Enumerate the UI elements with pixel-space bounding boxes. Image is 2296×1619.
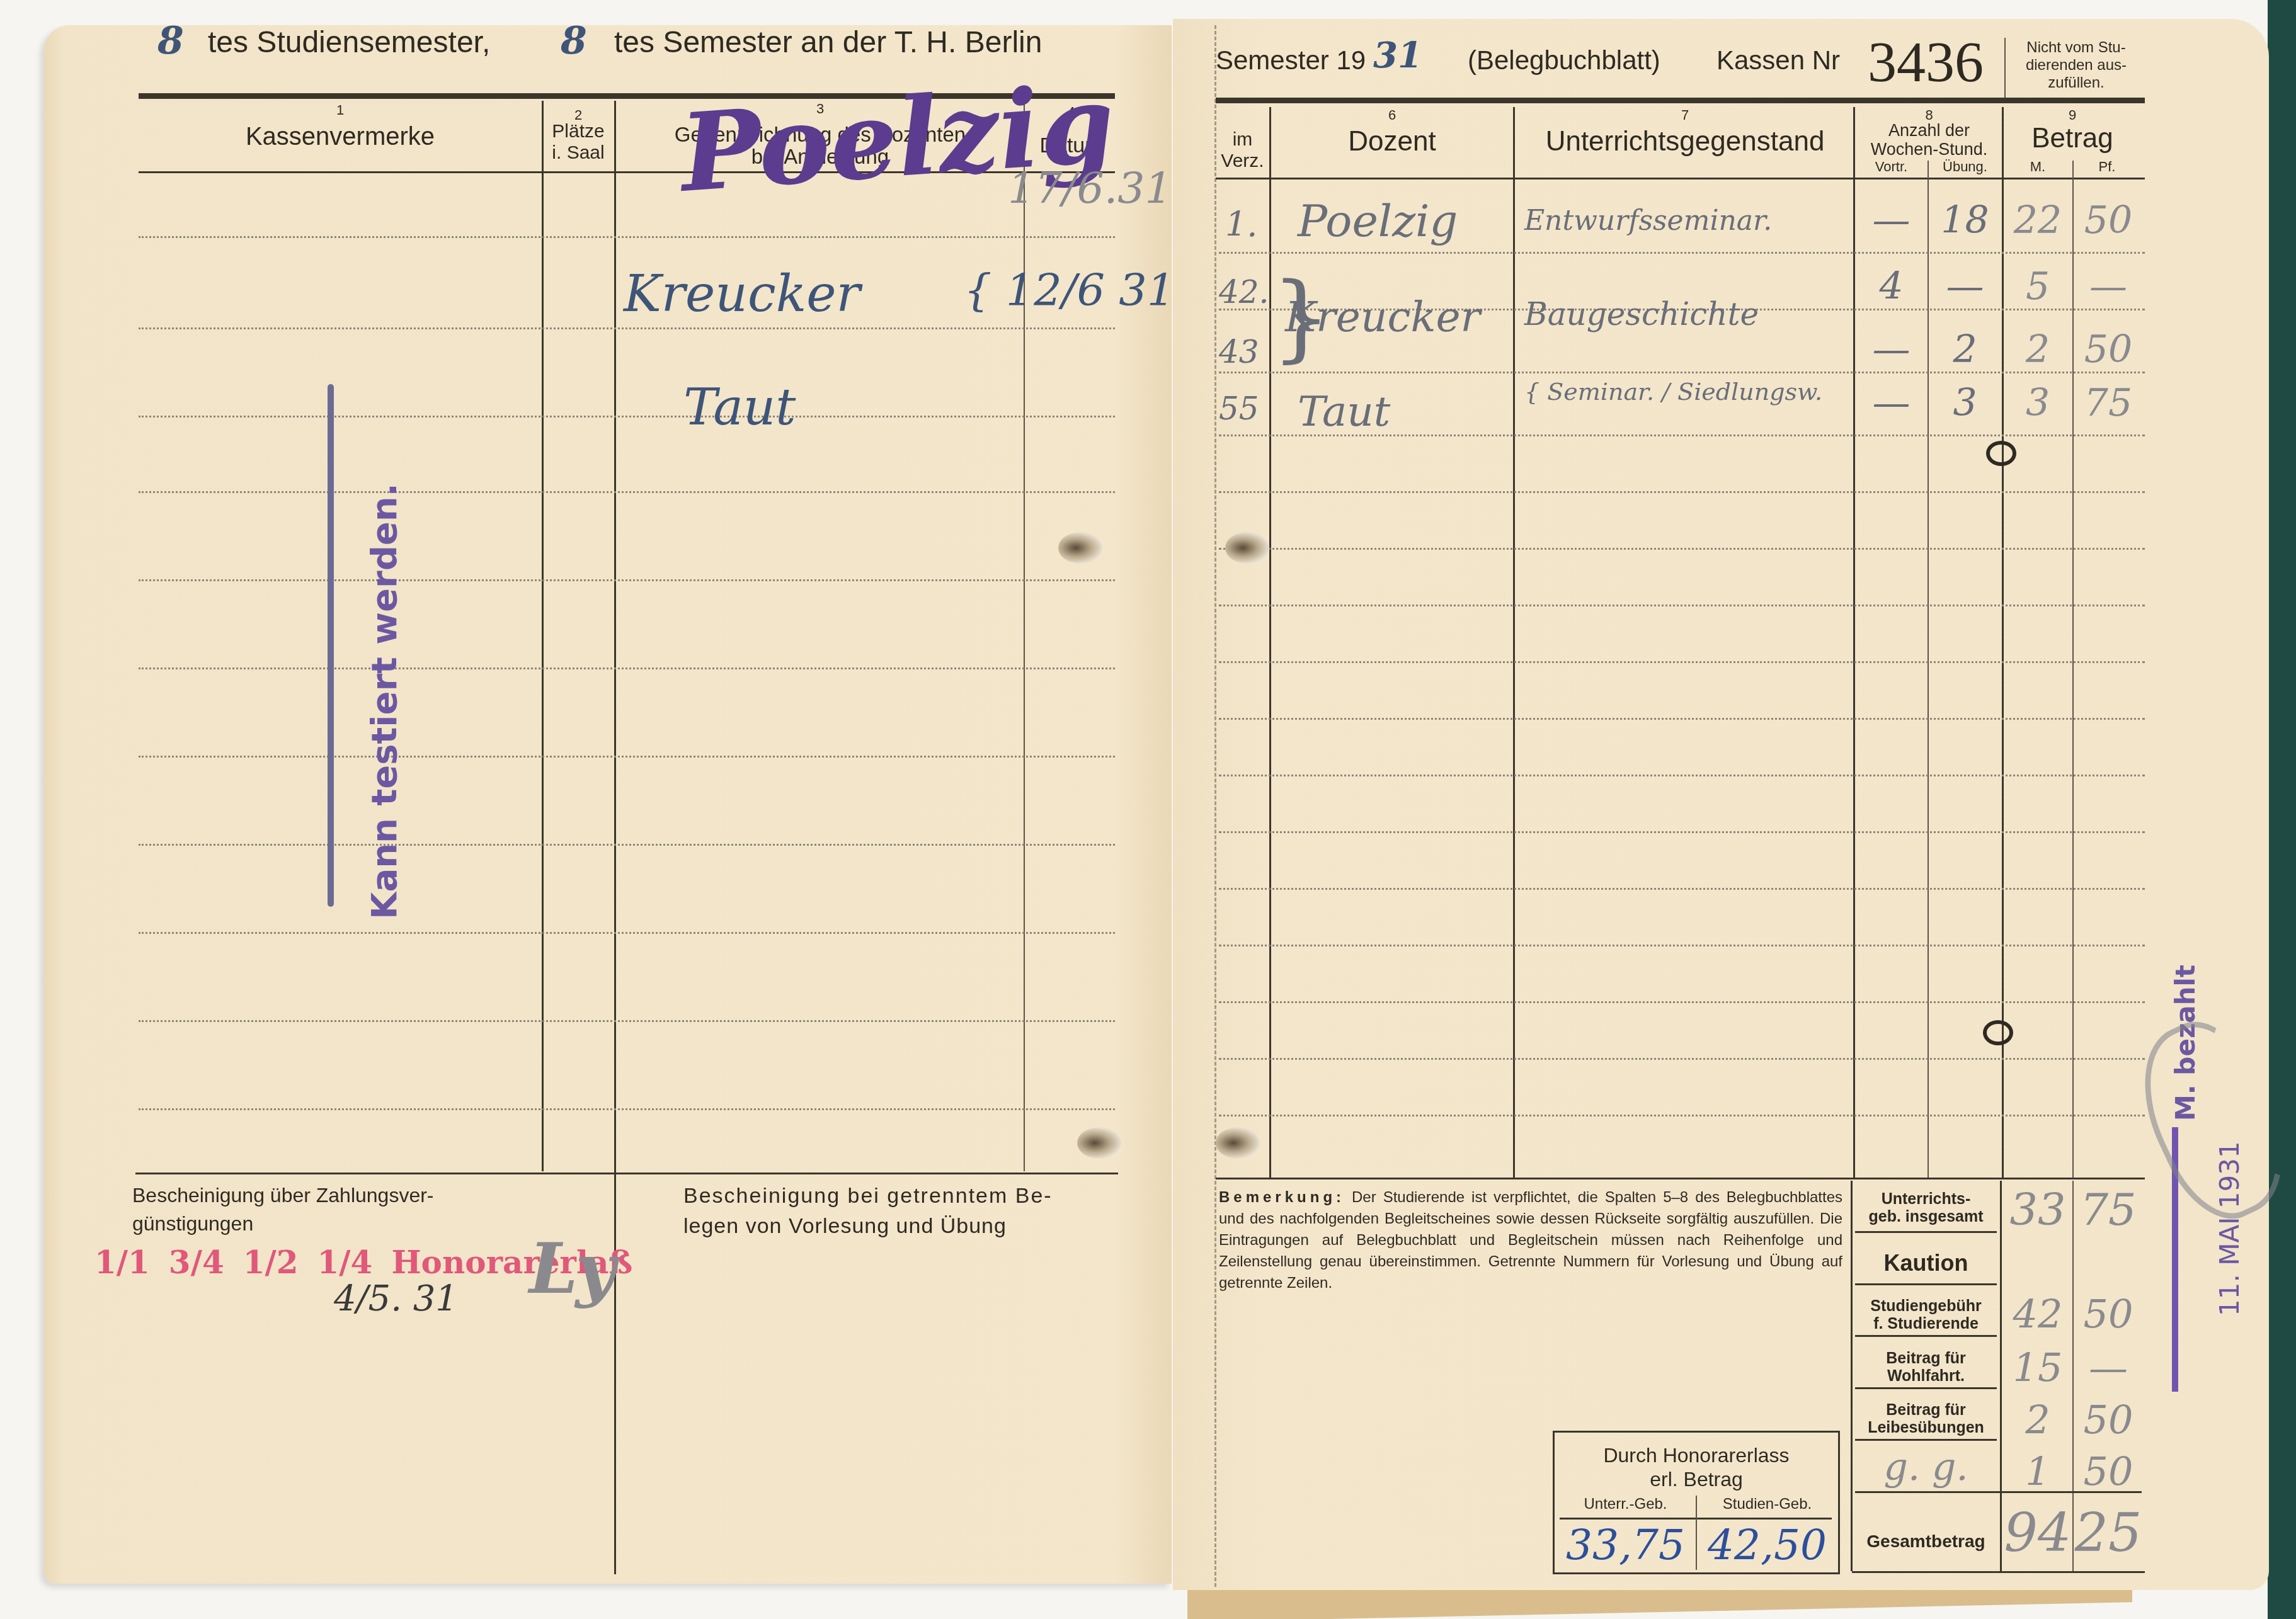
summary-pf: 50 [2074, 1448, 2143, 1494]
semester-label: Semester 19 [1216, 45, 1366, 76]
row-line [1219, 945, 2145, 946]
ring-marker [1986, 441, 2016, 466]
honorarerlass-initials: Ly [529, 1228, 615, 1309]
row-line [1219, 252, 2145, 254]
row-mark: 5 [2003, 264, 2072, 309]
punch-hole [1077, 1127, 1121, 1159]
row-line [139, 416, 1115, 418]
fraction-1-1: 1/1 [94, 1244, 150, 1281]
perforated-edge [1214, 25, 1221, 1587]
fraction-1-4: 1/4 [317, 1244, 373, 1281]
kassen-note-line3: zufüllen. [2007, 74, 2145, 92]
summary-rule [1855, 1387, 1997, 1389]
row-vortr: 4 [1855, 264, 1928, 309]
row-uebung: 18 [1929, 198, 2001, 242]
col-anzahl-line1: Anzahl der [1855, 121, 2003, 140]
summary-mark: 1 [2003, 1448, 2072, 1494]
row-line [1219, 605, 2145, 606]
row-line [139, 327, 1115, 329]
col-9-number: 9 [2003, 107, 2142, 123]
summary-rule [1855, 1283, 1997, 1285]
row-uebung: 2 [1929, 327, 2001, 372]
col-1-number: 1 [139, 102, 542, 118]
zahlungsverguenstigung-title-2: günstigungen [132, 1212, 253, 1236]
col-dozent: Dozent [1269, 126, 1515, 157]
col-betrag: Betrag [2003, 123, 2142, 154]
col-mark: M. [2003, 159, 2072, 175]
row-line [1219, 775, 2145, 776]
row-line [139, 236, 1115, 238]
fraction-1-2: 1/2 [243, 1244, 299, 1281]
row-mark: 3 [2003, 381, 2072, 425]
kassen-note: Nicht vom Stu- dierenden aus- zufüllen. [2007, 39, 2145, 92]
summary-pf: 50 [2074, 1291, 2143, 1337]
row-line [1219, 1001, 2145, 1003]
summary-label-line1: Studiengebühr [1852, 1297, 2000, 1315]
date-kreucker: { 12/6 31 [964, 264, 1175, 316]
header-bottom-rule-right [1216, 178, 2145, 179]
summary-total-mark: 94 [2003, 1502, 2072, 1564]
row-vortr: — [1855, 198, 1928, 242]
row-dozent: Taut [1298, 387, 1390, 436]
summary-label: Beitrag für Wohlfahrt. [1852, 1349, 2000, 1385]
summary-mark: 33 [2003, 1184, 2072, 1236]
summary-label-total: Gesamtbetrag [1852, 1531, 2000, 1552]
row-verz: 55 [1219, 390, 1259, 427]
stamp-bar [328, 384, 334, 907]
summary-label: Studiengebühr f. Studierende [1852, 1297, 2000, 1332]
header-rule-right [1216, 98, 2145, 103]
row-line [1219, 1058, 2145, 1060]
honorarerlass-col2: Studien-Geb. [1696, 1496, 1838, 1513]
col-divider-mark [2072, 161, 2074, 1178]
col-uebung: Übung. [1929, 159, 2001, 175]
honorarerlass-box: Durch Honorarerlass erl. Betrag Unterr.-… [1553, 1431, 1840, 1574]
signature-taut: Taut [683, 378, 796, 436]
summary-label: Beitrag für Leibesübungen [1852, 1401, 2000, 1436]
getrennt-title-2: legen von Vorlesung und Übung [683, 1214, 1007, 1239]
row-mark: 2 [2003, 327, 2072, 372]
row-gegenstand: { Seminar. / Siedlungsw. [1524, 378, 1822, 406]
col-divider-dozent [1513, 107, 1515, 1178]
summary-label-line2: Leibesübungen [1852, 1419, 2000, 1436]
row-line [1219, 548, 2145, 550]
punch-hole [1058, 532, 1102, 564]
summary-bottom-rule [1852, 1571, 2145, 1573]
row-uebung: — [1929, 264, 2001, 309]
row-line [1219, 888, 2145, 890]
row-line [139, 667, 1115, 669]
col-anzahl-line2: Wochen-Stund. [1855, 140, 2003, 159]
th-semester-value: 8 [561, 19, 587, 63]
summary-label-line2: Wohlfahrt. [1852, 1367, 2000, 1385]
left-page [44, 25, 1172, 1584]
summary-label-kaution: Kaution [1852, 1250, 2000, 1276]
summary-label-line2: geb. insgesamt [1852, 1208, 2000, 1225]
row-gegenstand: Baugeschichte [1524, 296, 1759, 332]
row-line [139, 579, 1115, 581]
row-vortr: — [1855, 381, 1928, 425]
honorarerlass-title-1: Durch Honorarerlass [1555, 1444, 1838, 1467]
summary-pf: 75 [2074, 1184, 2143, 1236]
kassen-note-line1: Nicht vom Stu- [2007, 39, 2145, 57]
col-plaetze-line2: i. Saal [543, 142, 614, 164]
col-divider-vortr [1928, 161, 1929, 1178]
summary-mark: 15 [2003, 1344, 2072, 1390]
ring-marker [1983, 1020, 2013, 1045]
summary-rule [1855, 1335, 1997, 1337]
col-divider-2 [614, 101, 616, 1574]
row-vortr: — [1855, 327, 1928, 372]
row-line [139, 1108, 1115, 1110]
punch-hole [1216, 1127, 1260, 1159]
summary-mark: 2 [2003, 1397, 2072, 1443]
th-semester-label: tes Semester an der T. H. Berlin [614, 25, 1042, 60]
row-line [1219, 1115, 2145, 1116]
kann-testiert-stamp: Kann testiert werden. [364, 483, 405, 919]
row-line [1219, 372, 2145, 373]
col-pfennig: Pf. [2072, 159, 2142, 175]
kassen-label: Kassen Nr [1716, 45, 1840, 76]
row-pf: — [2074, 264, 2143, 309]
summary-rule [1855, 1231, 1997, 1233]
summary-label-line1: Unterrichts- [1852, 1190, 2000, 1208]
row-verz: 1. [1225, 205, 1258, 244]
row-verz: 42. [1219, 274, 1269, 310]
honorarerlass-title-2: erl. Betrag [1555, 1468, 1838, 1491]
summary-label: Unterrichts- geb. insgesamt [1852, 1190, 2000, 1225]
honorarerlass-value1: 33,75 [1555, 1521, 1696, 1569]
col-im-verz: im Verz. [1216, 129, 1269, 172]
bottom-rule-right [1216, 1178, 2145, 1179]
getrennt-title-1: Bescheinigung bei getrenntem Be- [683, 1184, 1053, 1208]
kassen-note-divider [2004, 38, 2006, 101]
row-line [1219, 831, 2145, 833]
summary-label-divider [2000, 1181, 2002, 1571]
row-verz: 43 [1219, 334, 1259, 370]
row-line [139, 756, 1115, 758]
study-semester-label: tes Studiensemester, [208, 25, 490, 60]
row-line [139, 491, 1115, 493]
row-line [139, 932, 1115, 934]
row-pf: 75 [2074, 381, 2143, 425]
row-line [139, 1020, 1115, 1022]
kassen-number: 3436 [1868, 28, 1984, 95]
punch-hole [1225, 532, 1269, 564]
remark-label: Bemerkung: [1219, 1189, 1345, 1206]
col-vortr: Vortr. [1855, 159, 1928, 175]
fraction-3-4: 3/4 [169, 1244, 224, 1281]
row-uebung: 3 [1929, 381, 2001, 425]
summary-label-line1: Beitrag für [1852, 1401, 2000, 1419]
summary-label-gg: g. g. [1852, 1445, 2000, 1489]
row-line [1219, 661, 2145, 663]
signature-kreucker: Kreucker [624, 264, 860, 323]
summary-rule [1855, 1439, 1997, 1441]
row-line [1219, 491, 2145, 493]
kassen-note-line2: dierenden aus- [2007, 57, 2145, 74]
col-im-verz-line2: Verz. [1216, 151, 1269, 172]
row-pf: 50 [2074, 198, 2143, 242]
row-line [139, 844, 1115, 846]
row-line [1219, 718, 2145, 720]
row-gegenstand: Entwurfsseminar. [1524, 205, 1772, 237]
honorarerlass-col1: Unterr.-Geb. [1555, 1496, 1696, 1513]
summary-rule [1855, 1491, 2142, 1493]
summary-label-line2: f. Studierende [1852, 1315, 2000, 1332]
col-divider-3 [1024, 101, 1025, 1171]
row-dozent: Poelzig [1298, 195, 1458, 247]
col-unterrichtsgegenstand: Unterrichtsgegenstand [1515, 126, 1855, 157]
col-anzahl: Anzahl der Wochen-Stund. [1855, 121, 2003, 159]
summary-label-line1: Beitrag für [1852, 1349, 2000, 1367]
col-7-number: 7 [1515, 107, 1855, 123]
col-divider-1 [542, 101, 544, 1171]
zahlungsverguenstigung-title-1: Bescheinigung über Zahlungsver- [132, 1184, 434, 1207]
summary-pf: — [2074, 1344, 2143, 1390]
col-6-number: 6 [1269, 107, 1515, 123]
bracket-icon: } [1271, 271, 1331, 365]
semester-value: 31 [1373, 35, 1422, 76]
study-semester-value: 8 [157, 19, 184, 63]
col-plaetze-line1: Plätze [543, 121, 614, 142]
row-mark: 22 [2003, 198, 2072, 242]
row-pf: 50 [2074, 327, 2143, 372]
bottom-section-rule [135, 1173, 1118, 1174]
date-poelzig: 17/6.31. [1008, 164, 1185, 213]
honorarerlass-date: 4/5. 31 [334, 1278, 458, 1319]
summary-mark: 42 [2003, 1291, 2072, 1337]
book-cover-edge [2268, 0, 2296, 1619]
summary-total-pf: 25 [2074, 1502, 2143, 1564]
summary-pf: 50 [2074, 1397, 2143, 1443]
sheet-label: (Belegbuchblatt) [1468, 45, 1660, 76]
col-kassenvermerke: Kassenvermerke [139, 123, 542, 151]
honorarerlass-value2: 42,50 [1696, 1521, 1838, 1569]
col-im-verz-line1: im [1216, 129, 1269, 151]
remark-block: Bemerkung: Der Studierende ist verpflich… [1219, 1187, 1842, 1294]
